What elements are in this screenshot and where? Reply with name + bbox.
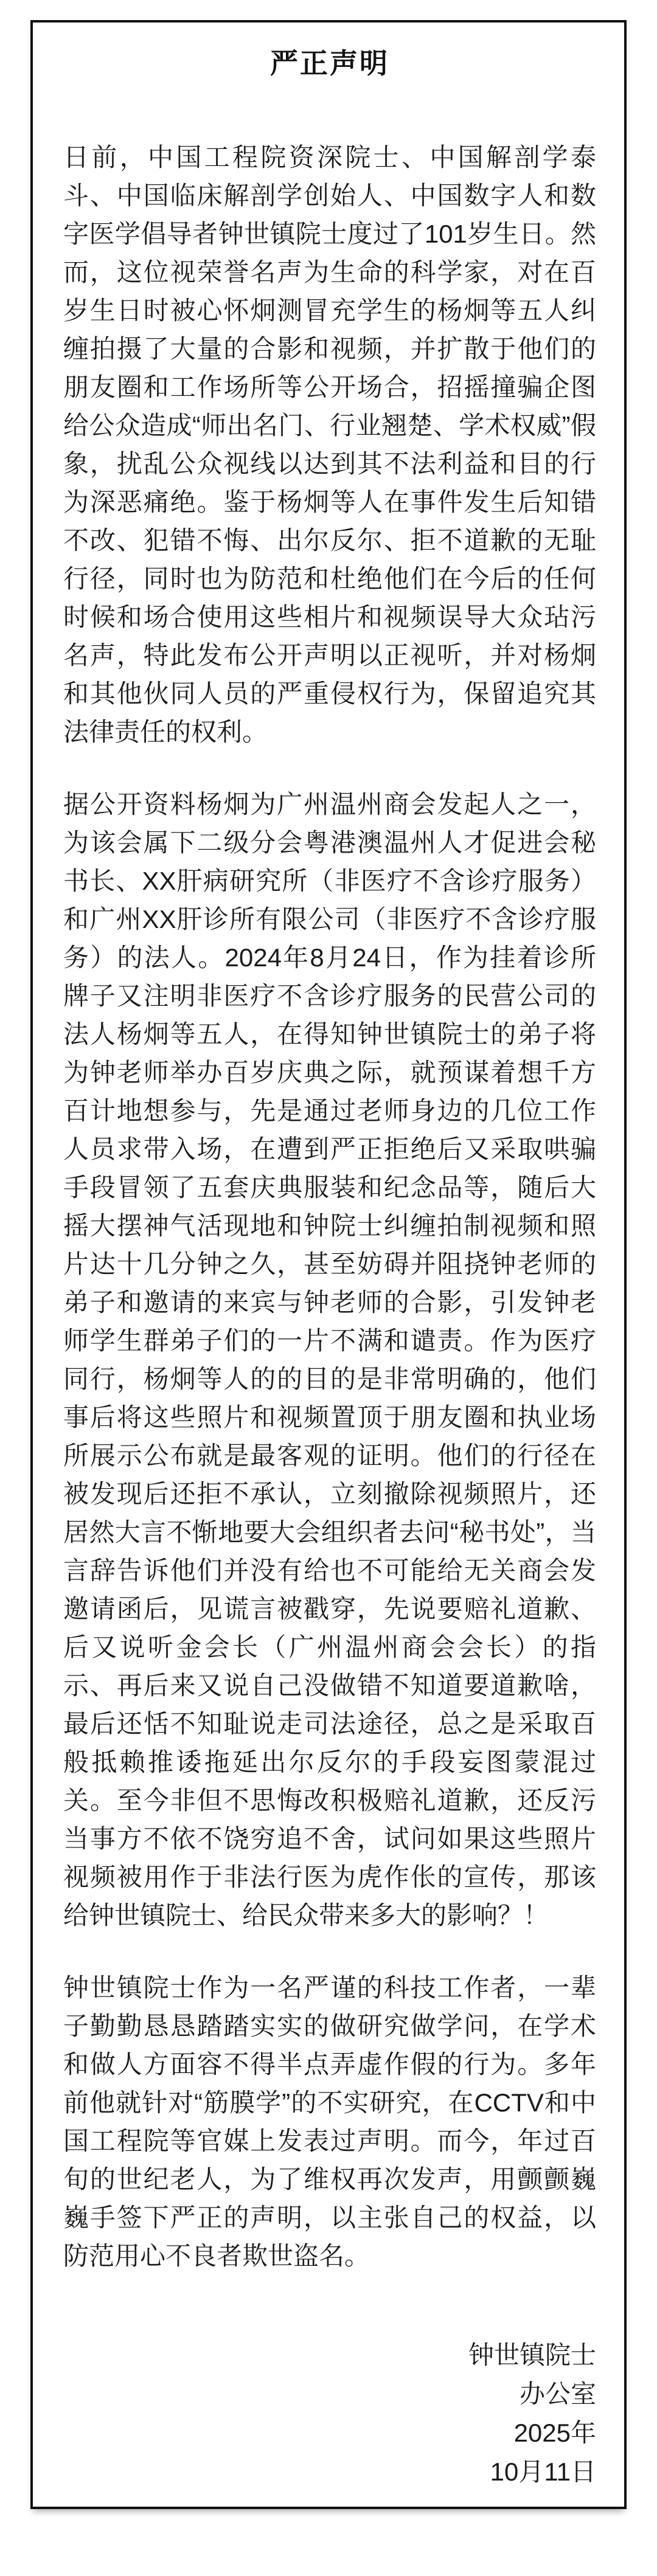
signature-author: 钟世镇院士	[63, 2336, 596, 2375]
statement-paragraph-3: 钟世镇院士作为一名严谨的科技工作者，一辈子勤勤恳恳踏踏实实的做研究做学问，在学术…	[63, 1968, 596, 2275]
signature-block: 钟世镇院士 办公室 2025年 10月11日	[63, 2336, 596, 2491]
signature-year: 2025年	[63, 2414, 596, 2453]
signature-date: 10月11日	[63, 2453, 596, 2491]
statement-paragraph-2: 据公开资料杨炯为广州温州商会发起人之一，为该会属下二级分会粤港澳温州人才促进会秘…	[63, 785, 596, 1934]
statement-paragraph-1: 日前，中国工程院资深院士、中国解剖学泰斗、中国临床解剖学创始人、中国数字人和数字…	[63, 138, 596, 751]
statement-title: 严正声明	[63, 43, 596, 83]
statement-sheet: 严正声明 日前，中国工程院资深院士、中国解剖学泰斗、中国临床解剖学创始人、中国数…	[30, 20, 627, 2509]
signature-office: 办公室	[63, 2375, 596, 2414]
